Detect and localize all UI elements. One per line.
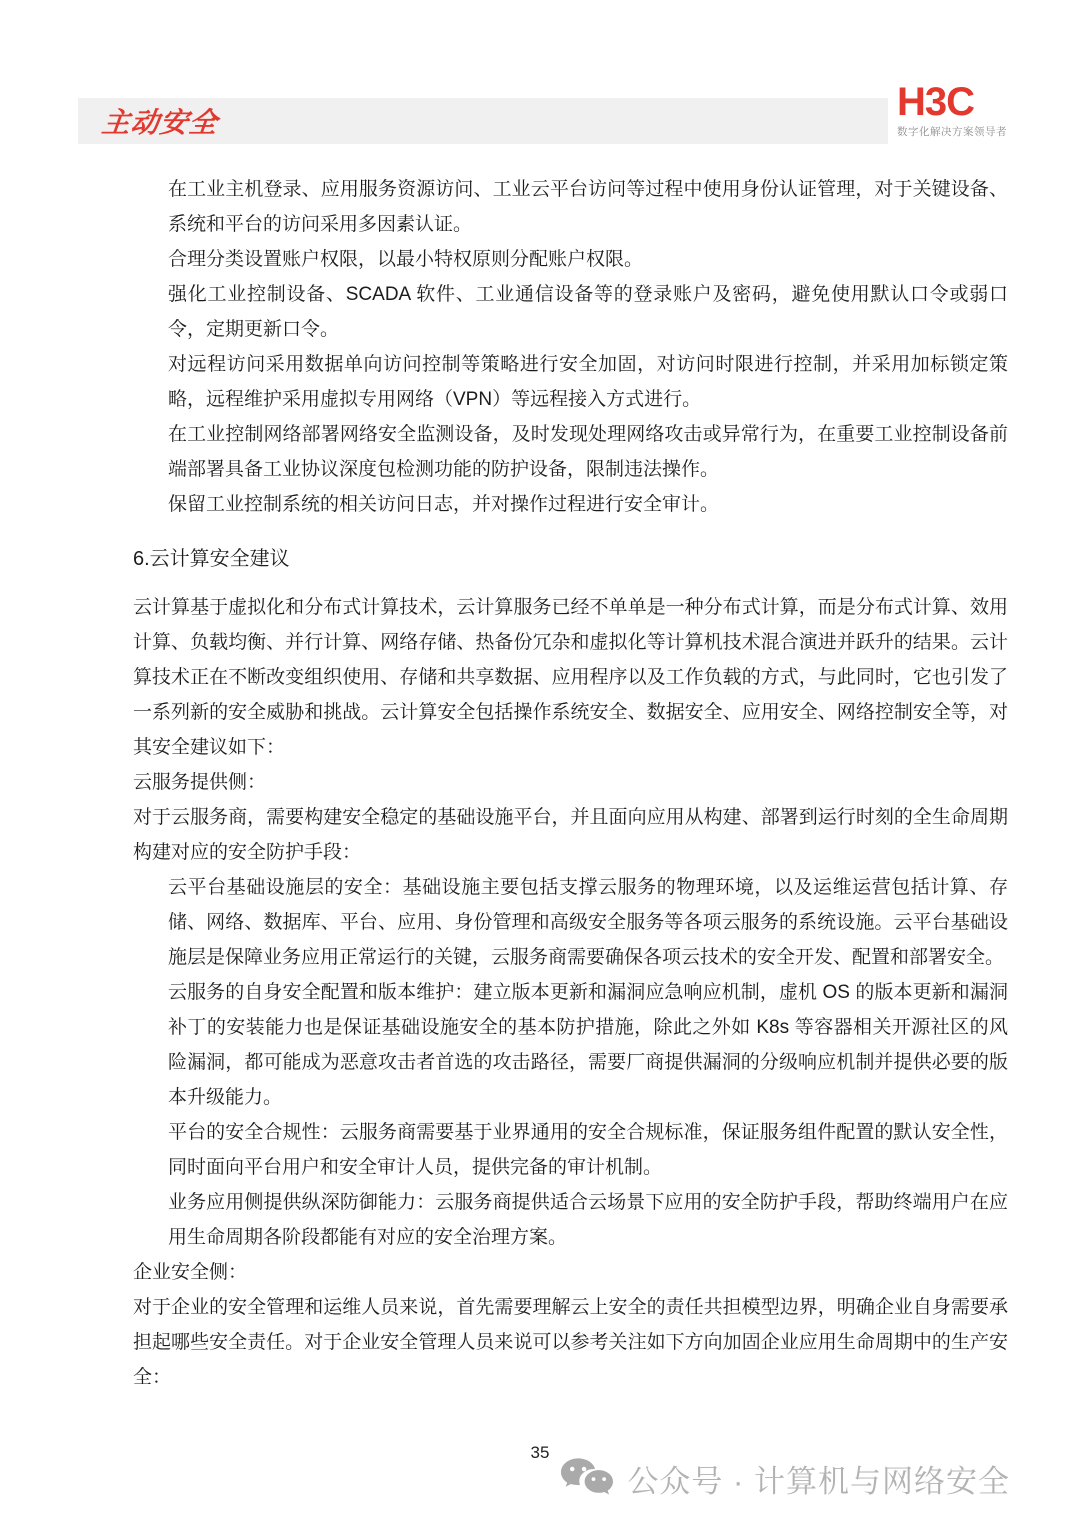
h3c-logo: H3C 数字化解决方案领导者	[897, 84, 1017, 139]
cloud-intro-paragraph: 云计算基于虚拟化和分布式计算技术，云计算服务已经不单单是一种分布式计算，而是分布…	[133, 590, 1008, 765]
bullet-text: 在工业主机登录、应用服务资源访问、工业云平台访问等过程中使用身份认证管理，对于关…	[168, 172, 1008, 242]
list-item: 强化工业控制设备、SCADA 软件、工业通信设备等的登录账户及密码，避免使用默认…	[133, 277, 1008, 347]
bullet-text: 对远程访问采用数据单向访问控制等策略进行安全加固，对访问时限进行控制，并采用加标…	[168, 347, 1008, 417]
list-item: 合理分类设置账户权限，以最小特权原则分配账户权限。	[133, 242, 1008, 277]
provider-intro-paragraph: 对于云服务商，需要构建安全稳定的基础设施平台，并且面向应用从构建、部署到运行时刻…	[133, 800, 1008, 870]
list-item: 云平台基础设施层的安全：基础设施主要包括支撑云服务的物理环境，以及运维运营包括计…	[133, 870, 1008, 975]
page-content: 在工业主机登录、应用服务资源访问、工业云平台访问等过程中使用身份认证管理，对于关…	[133, 172, 1008, 1395]
bullet-dot-icon	[133, 417, 168, 487]
bullet-text: 保留工业控制系统的相关访问日志，并对操作过程进行安全审计。	[168, 487, 1008, 522]
document-title: 主动安全	[100, 101, 220, 141]
h3c-logo-tagline: 数字化解决方案领导者	[897, 124, 1017, 139]
list-item: 对远程访问采用数据单向访问控制等策略进行安全加固，对访问时限进行控制，并采用加标…	[133, 347, 1008, 417]
bullet-dot-icon	[133, 242, 168, 277]
bullet-text: 云服务的自身安全配置和版本维护：建立版本更新和漏洞应急响应机制，虚机 OS 的版…	[168, 975, 1008, 1115]
header-bar: 主动安全	[78, 98, 888, 144]
bullet-dot-icon	[133, 487, 168, 522]
bullet-text: 业务应用侧提供纵深防御能力：云服务商提供适合云场景下应用的安全防护手段，帮助终端…	[168, 1185, 1008, 1255]
wechat-icon	[561, 1457, 613, 1500]
industrial-security-bullet-list: 在工业主机登录、应用服务资源访问、工业云平台访问等过程中使用身份认证管理，对于关…	[133, 172, 1008, 522]
document-page: 主动安全 H3C 数字化解决方案领导者 在工业主机登录、应用服务资源访问、工业云…	[0, 0, 1080, 1527]
bullet-text: 在工业控制网络部署网络安全监测设备，及时发现处理网络攻击或异常行为，在重要工业控…	[168, 417, 1008, 487]
watermark-text: 公众号 · 计算机与网络安全	[627, 1456, 1010, 1501]
enterprise-side-label: 企业安全侧：	[133, 1255, 1008, 1290]
list-item: 在工业控制网络部署网络安全监测设备，及时发现处理网络攻击或异常行为，在重要工业控…	[133, 417, 1008, 487]
bullet-text: 合理分类设置账户权限，以最小特权原则分配账户权限。	[168, 242, 1008, 277]
list-item: 保留工业控制系统的相关访问日志，并对操作过程进行安全审计。	[133, 487, 1008, 522]
watermark: 公众号 · 计算机与网络安全	[561, 1456, 1010, 1501]
section-heading-cloud-security: 6.云计算安全建议	[133, 544, 1008, 574]
enterprise-intro-paragraph: 对于企业的安全管理和运维人员来说，首先需要理解云上安全的责任共担模型边界，明确企…	[133, 1290, 1008, 1395]
bullet-dot-icon	[133, 1115, 168, 1185]
list-item: 平台的安全合规性：云服务商需要基于业界通用的安全合规标准，保证服务组件配置的默认…	[133, 1115, 1008, 1185]
list-item: 业务应用侧提供纵深防御能力：云服务商提供适合云场景下应用的安全防护手段，帮助终端…	[133, 1185, 1008, 1255]
provider-side-label: 云服务提供侧：	[133, 765, 1008, 800]
bullet-dot-icon	[133, 347, 168, 417]
bullet-dot-icon	[133, 277, 168, 347]
bullet-dot-icon	[133, 1185, 168, 1255]
cloud-provider-bullet-list: 云平台基础设施层的安全：基础设施主要包括支撑云服务的物理环境，以及运维运营包括计…	[133, 870, 1008, 1255]
bullet-dot-icon	[133, 172, 168, 242]
bullet-dot-icon	[133, 870, 168, 975]
bullet-text: 云平台基础设施层的安全：基础设施主要包括支撑云服务的物理环境，以及运维运营包括计…	[168, 870, 1008, 975]
list-item: 云服务的自身安全配置和版本维护：建立版本更新和漏洞应急响应机制，虚机 OS 的版…	[133, 975, 1008, 1115]
bullet-text: 平台的安全合规性：云服务商需要基于业界通用的安全合规标准，保证服务组件配置的默认…	[168, 1115, 1008, 1185]
bullet-dot-icon	[133, 975, 168, 1115]
bullet-text: 强化工业控制设备、SCADA 软件、工业通信设备等的登录账户及密码，避免使用默认…	[168, 277, 1008, 347]
h3c-logo-text: H3C	[897, 84, 1017, 120]
list-item: 在工业主机登录、应用服务资源访问、工业云平台访问等过程中使用身份认证管理，对于关…	[133, 172, 1008, 242]
